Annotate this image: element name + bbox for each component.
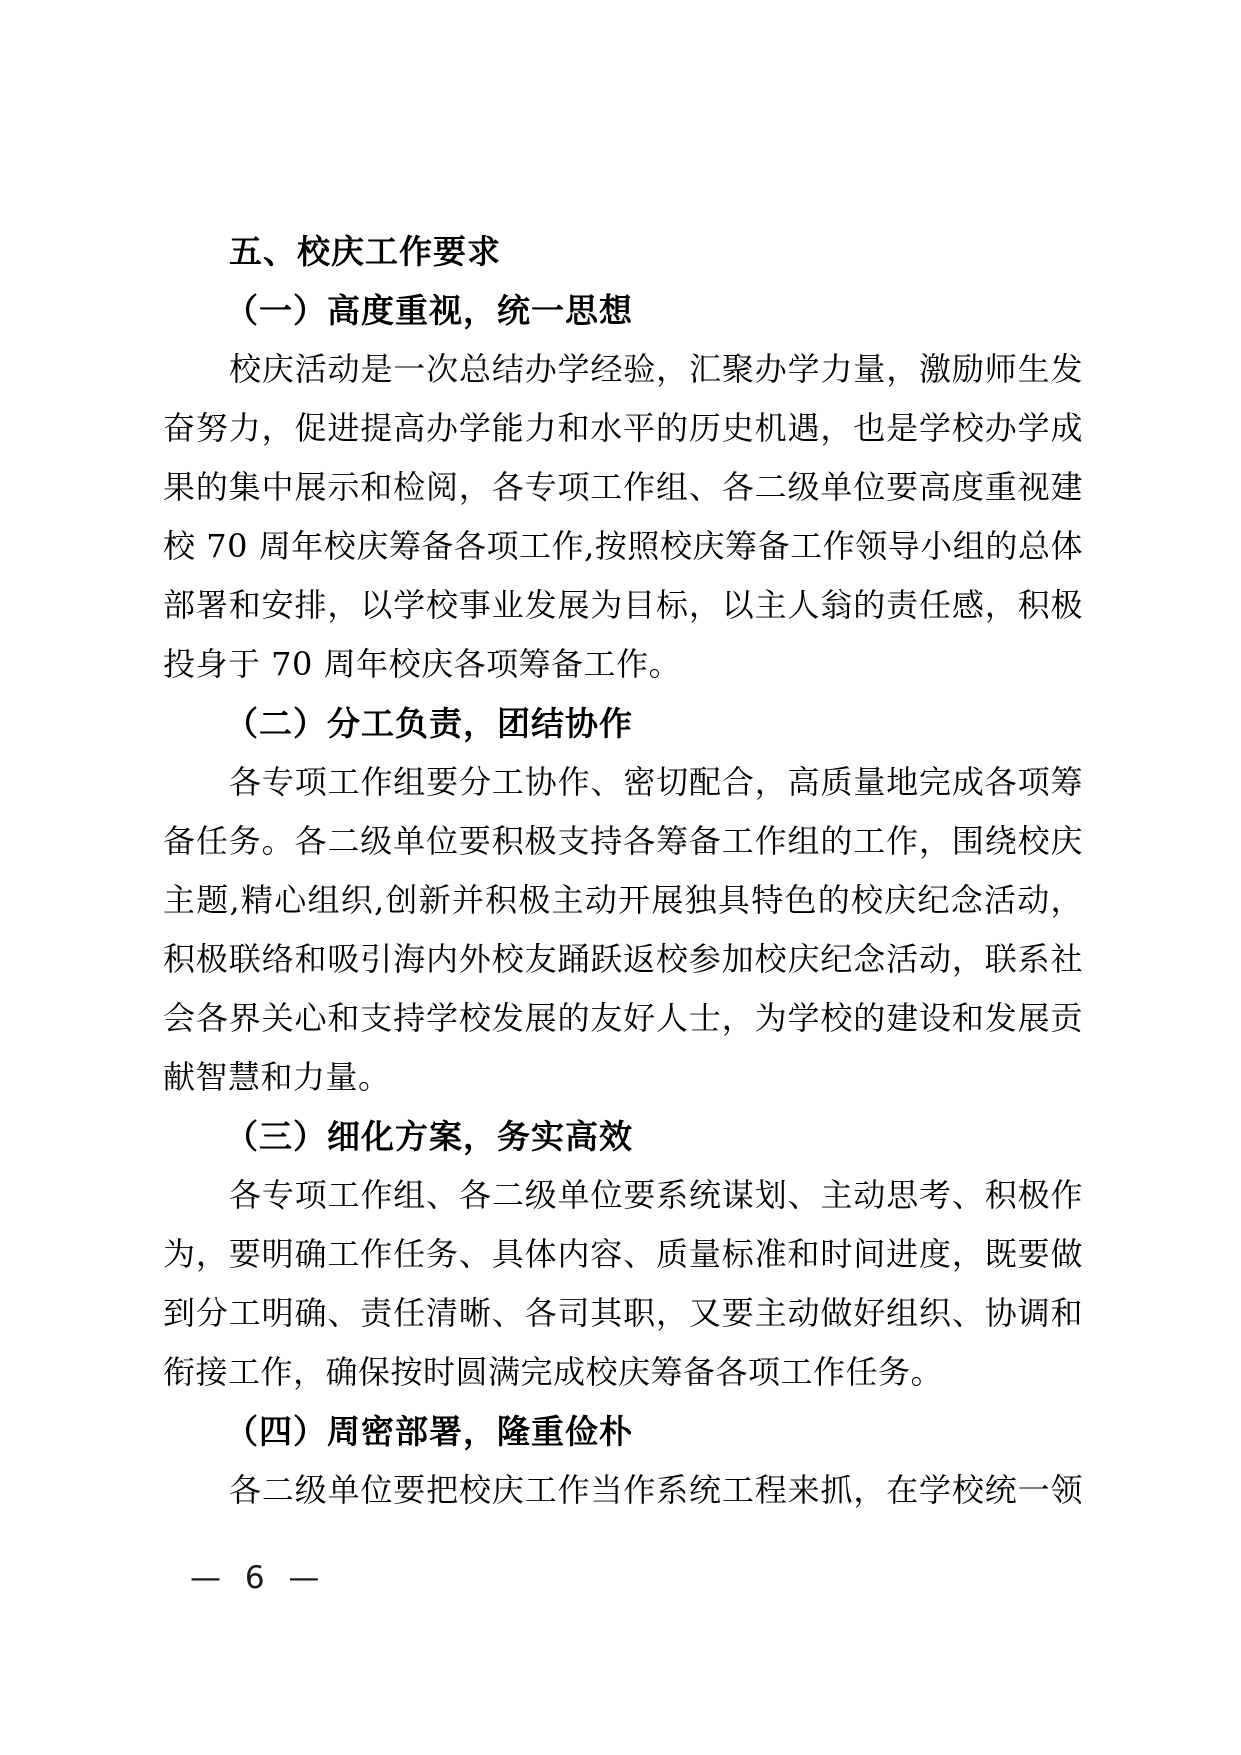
text-line: 衔接工作，确保按时圆满完成校庆筹备各项工作任务。 [163, 1343, 1083, 1402]
section-heading-level2: （一）高度重视，统一思想 [163, 281, 1083, 340]
document-section: （二）分工负责，团结协作各专项工作组要分工协作、密切配合，高质量地完成各项筹备任… [163, 694, 1083, 1107]
text-line: 会各界关心和支持学校发展的友好人士，为学校的建设和发展贡 [163, 989, 1083, 1048]
text-line: 主题,精心组织,创新并积极主动开展独具特色的校庆纪念活动， [163, 871, 1083, 930]
document-section: （三）细化方案，务实高效各专项工作组、各二级单位要系统谋划、主动思考、积极作为，… [163, 1107, 1083, 1402]
section-heading-level2: （二）分工负责，团结协作 [163, 694, 1083, 753]
sections-container: （一）高度重视，统一思想校庆活动是一次总结办学经验，汇聚办学力量，激励师生发奋努… [163, 281, 1083, 1520]
text-line: 各二级单位要把校庆工作当作系统工程来抓，在学校统一领 [163, 1461, 1083, 1520]
section-heading-level2: （三）细化方案，务实高效 [163, 1107, 1083, 1166]
text-line: 备任务。各二级单位要积极支持各筹备工作组的工作，围绕校庆 [163, 812, 1083, 871]
section-heading-level1: 五、校庆工作要求 [163, 222, 1083, 281]
document-section: （一）高度重视，统一思想校庆活动是一次总结办学经验，汇聚办学力量，激励师生发奋努… [163, 281, 1083, 694]
document-page: 五、校庆工作要求 （一）高度重视，统一思想校庆活动是一次总结办学经验，汇聚办学力… [0, 0, 1241, 1755]
page-number: — 6 — [190, 1560, 326, 1596]
text-line: 奋努力，促进提高办学能力和水平的历史机遇，也是学校办学成 [163, 399, 1083, 458]
section-heading-level2: （四）周密部署，隆重俭朴 [163, 1402, 1083, 1461]
text-line: 部署和安排，以学校事业发展为目标，以主人翁的责任感，积极 [163, 576, 1083, 635]
text-line: 各专项工作组要分工协作、密切配合，高质量地完成各项筹 [163, 753, 1083, 812]
text-line: 各专项工作组、各二级单位要系统谋划、主动思考、积极作 [163, 1166, 1083, 1225]
text-line: 投身于 70 周年校庆各项筹备工作。 [163, 635, 1083, 694]
text-line: 果的集中展示和检阅，各专项工作组、各二级单位要高度重视建 [163, 458, 1083, 517]
text-line: 校 70 周年校庆筹备各项工作,按照校庆筹备工作领导小组的总体 [163, 517, 1083, 576]
document-section: （四）周密部署，隆重俭朴各二级单位要把校庆工作当作系统工程来抓，在学校统一领 [163, 1402, 1083, 1520]
text-line: 献智慧和力量。 [163, 1048, 1083, 1107]
text-line: 校庆活动是一次总结办学经验，汇聚办学力量，激励师生发 [163, 340, 1083, 399]
text-line: 积极联络和吸引海内外校友踊跃返校参加校庆纪念活动，联系社 [163, 930, 1083, 989]
document-body: 五、校庆工作要求 （一）高度重视，统一思想校庆活动是一次总结办学经验，汇聚办学力… [163, 222, 1083, 1520]
text-line: 为，要明确工作任务、具体内容、质量标准和时间进度，既要做 [163, 1225, 1083, 1284]
text-line: 到分工明确、责任清晰、各司其职，又要主动做好组织、协调和 [163, 1284, 1083, 1343]
